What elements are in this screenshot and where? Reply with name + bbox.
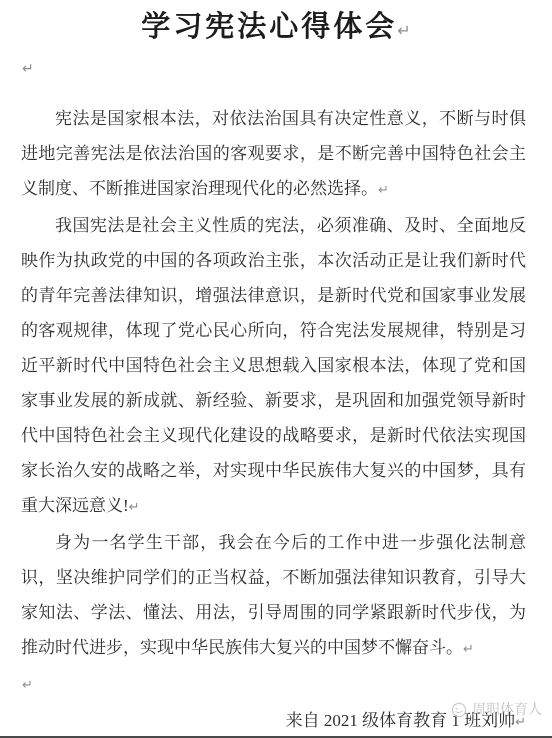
empty-paragraph: ↵ bbox=[21, 667, 526, 703]
paragraph-mark-icon: ↵ bbox=[463, 642, 474, 657]
watermark-text: 周职体育人 bbox=[472, 701, 542, 718]
page-title-text: 学习宪法心得体会 bbox=[141, 11, 397, 43]
paragraph-1-text: 宪法是国家根本法，对依法治国具有决定性意义，不断与时俱进地完善宪法是依法治国的客… bbox=[21, 109, 526, 198]
paragraph-2-text: 我国宪法是社会主义性质的宪法，必须准确、及时、全面地反映作为执政党的中国的各项政… bbox=[21, 216, 526, 515]
paragraph-3-text: 身为一名学生干部，我会在今后的工作中进一步强化法制意识，坚决维护同学们的正当权益… bbox=[21, 533, 526, 657]
empty-paragraph: ↵ bbox=[0, 51, 552, 88]
paragraph-mark-icon: ↵ bbox=[129, 500, 140, 515]
paragraph-2: 我国宪法是社会主义性质的宪法，必须准确、及时、全面地反映作为执政党的中国的各项政… bbox=[21, 208, 526, 525]
publisher-logo-icon bbox=[451, 702, 467, 718]
paragraph-3: 身为一名学生干部，我会在今后的工作中进一步强化法制意识，坚决维护同学们的正当权益… bbox=[21, 525, 526, 667]
paragraph-mark-icon: ↵ bbox=[397, 21, 410, 40]
document-body: 宪法是国家根本法，对依法治国具有决定性意义，不断与时俱进地完善宪法是依法治国的客… bbox=[21, 101, 526, 738]
paragraph-mark-icon: ↵ bbox=[22, 61, 34, 77]
document-page: 学习宪法心得体会↵ ↵ 宪法是国家根本法，对依法治国具有决定性意义，不断与时俱进… bbox=[0, 0, 552, 738]
paragraph-mark-icon: ↵ bbox=[378, 183, 389, 198]
paragraph-1: 宪法是国家根本法，对依法治国具有决定性意义，不断与时俱进地完善宪法是依法治国的客… bbox=[21, 101, 526, 208]
paragraph-mark-icon: ↵ bbox=[22, 678, 33, 693]
page-title: 学习宪法心得体会↵ bbox=[0, 0, 552, 51]
watermark: 周职体育人 bbox=[451, 701, 542, 718]
